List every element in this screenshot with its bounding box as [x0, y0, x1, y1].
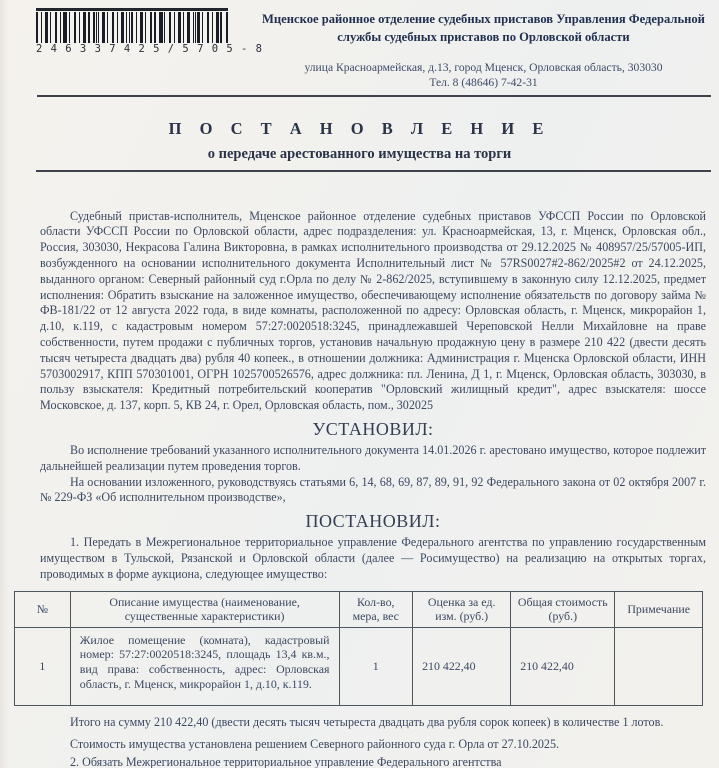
scanned-document-page: 2 4 6 3 3 7 4 2 5 / 5 7 0 5 - 8 Мценское…: [0, 0, 719, 768]
section-heading-ustanovil: УСТАНОВИЛ:: [40, 419, 706, 440]
intro-paragraph: Судебный пристав-исполнитель, Мценское р…: [40, 209, 706, 414]
section-heading-postanovil: ПОСТАНОВИЛ:: [40, 511, 706, 532]
property-table: № Описание имущества (наименование, суще…: [14, 591, 703, 707]
org-phone: Тел. 8 (48646) 7-42-31: [262, 75, 705, 90]
letterhead: 2 4 6 3 3 7 4 2 5 / 5 7 0 5 - 8 Мценское…: [0, 0, 719, 90]
barcode-block: 2 4 6 3 3 7 4 2 5 / 5 7 0 5 - 8: [36, 8, 232, 55]
title-divider: [36, 170, 711, 172]
cell-number: 1: [15, 627, 71, 705]
document-title: П О С Т А Н О В Л Е Н И Е: [0, 119, 719, 139]
letterhead-divider: [37, 95, 711, 97]
header-unit-price: Оценка за ед. изм. (руб.): [413, 591, 511, 627]
barcode-icon: [36, 12, 228, 43]
org-address: улица Красноармейская, д.13, город Мценс…: [262, 60, 705, 75]
table-header-row: № Описание имущества (наименование, суще…: [15, 591, 703, 627]
postanovil-paragraph-1: 1. Передать в Межрегиональное территориа…: [40, 535, 706, 582]
barcode-number: 2 4 6 3 3 7 4 2 5 / 5 7 0 5 - 8: [36, 43, 232, 55]
cost-paragraph: Стоимость имущества установлена решением…: [40, 737, 706, 753]
letterhead-text: Мценское районное отделение судебных при…: [232, 8, 709, 90]
table-row: 1 Жилое помещение (комната), кадастровый…: [15, 627, 703, 705]
cell-quantity: 1: [339, 627, 413, 705]
cell-note: [615, 627, 703, 705]
ustanovil-paragraph-1: Во исполнение требований указанного испо…: [40, 443, 706, 475]
scan-edge-shadow: [0, 0, 9, 768]
cell-description: Жилое помещение (комната), кадастровый н…: [70, 627, 339, 705]
cell-total: 210 422,40: [511, 627, 615, 705]
header-description: Описание имущества (наименование, сущест…: [70, 591, 339, 627]
title-block: П О С Т А Н О В Л Е Н И Е о передаче аре…: [0, 119, 719, 163]
header-total: Общая стоимость (руб.): [511, 591, 615, 627]
ustanovil-paragraph-2: На основании изложенного, руководствуясь…: [40, 475, 706, 507]
barcode-top-line: [36, 8, 228, 11]
document-body: Судебный пристав-исполнитель, Мценское р…: [0, 209, 719, 583]
cell-unit-price: 210 422,40: [413, 627, 511, 705]
header-number: №: [15, 591, 71, 627]
total-paragraph: Итого на сумму 210 422,40 (двести десять…: [40, 715, 706, 731]
document-subtitle: о передаче арестованного имущества на то…: [0, 146, 719, 163]
header-note: Примечание: [615, 591, 703, 627]
org-name: Мценское районное отделение судебных при…: [262, 10, 705, 47]
document-footer: Итого на сумму 210 422,40 (двести десять…: [0, 715, 719, 768]
header-quantity: Кол-во, мера, вес: [339, 591, 413, 627]
cutoff-paragraph: 2. Обязать Межрегиональное территориальн…: [40, 755, 706, 768]
